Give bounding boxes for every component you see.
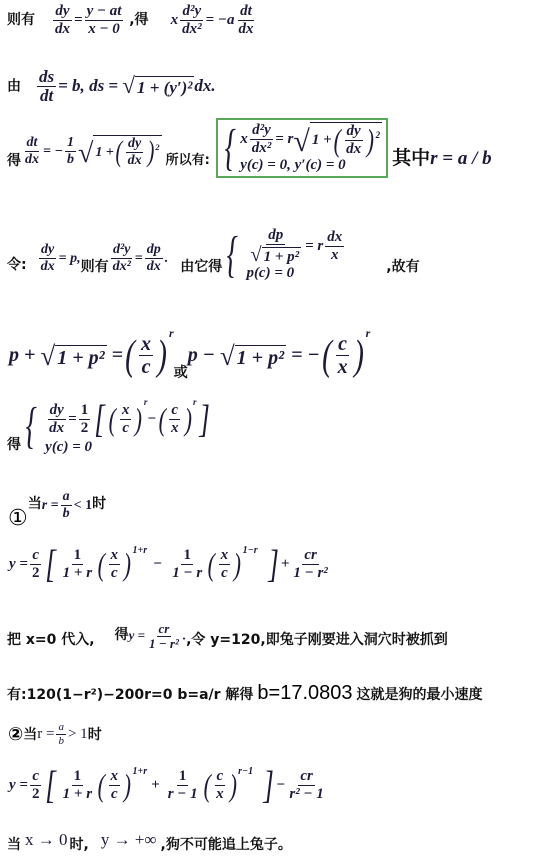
equation-second-derivative: xd²ydx²= −adtdx — [171, 12, 258, 28]
case1-formula: y =c2[11 + r(xc)1+r − 11 − r(xc)1−r]+cr1… — [9, 545, 332, 584]
equation-dy-dx: dydx=y − atx − 0 — [51, 12, 129, 28]
label-hence: ,故有 — [386, 256, 419, 276]
line-conclusion: 当 x → 0 时, y → +∞ ,狗不可能追上兔子。 — [7, 830, 292, 854]
case2-condition: ② 当 r =ab> 1 时 — [8, 722, 102, 747]
equation-ds-dt: dsdt= b, ds = √1 + (y′)²dx. — [35, 76, 216, 95]
text-substitute: 把 x=0 代入, — [7, 629, 95, 649]
label-when: 当 — [7, 834, 21, 854]
label-then-have: 则有 — [81, 256, 109, 276]
label-time: 时 — [92, 493, 106, 513]
label-get: ,得 — [129, 12, 148, 28]
condition-r-gt-1: r =ab> 1 — [37, 722, 87, 747]
label-when: 当 — [28, 493, 42, 513]
label-when: 当 — [23, 724, 37, 744]
case1-condition: ① 当 r =ab< 1 时 — [8, 490, 106, 531]
label-let: 令: — [7, 254, 27, 274]
line-speed: 由 dsdt= b, ds = √1 + (y′)²dx. — [7, 68, 216, 106]
label-then-have: 则有 — [7, 12, 35, 28]
equation-dp-dx: d²ydx²=dpdx. — [109, 243, 169, 274]
system-dy-dx: { dydx=12[(xc)r−(cx)r] y(c) = 0 — [21, 397, 212, 456]
label-from-it: 由它得 — [180, 256, 222, 276]
where-clause: 其中r = a / b — [392, 143, 492, 170]
case2-formula: y =c2[11 + r(xc)1+r + 1r − 1(cx)r−1]−crr… — [9, 766, 328, 805]
boxed-ode-system: { xd²ydx²= r√1 +(dydx)2 y(c) = 0, y′(c) … — [216, 118, 388, 178]
line-result: 有:120(1−r²)−200r=0 b=a/r 解得 b=17.0803 这就… — [7, 682, 483, 705]
label-from: 由 — [7, 79, 21, 95]
circled-number-1: ① — [8, 506, 28, 531]
result-value: b=17.0803 — [257, 682, 352, 705]
line-then-have: 则有 dydx=y − atx − 0 ,得 xd²ydx²= −adtdx — [7, 4, 257, 37]
equation-y-at-x0: 得 y =cr1 − r². — [115, 622, 187, 651]
text-dog-cannot-catch: ,狗不可能追上兔子。 — [161, 834, 292, 854]
label-time: 时 — [88, 724, 102, 744]
line-substitution-p: 令: dydx= p, 则有 d²ydx²=dpdx. 由它得 { dp√1 +… — [7, 228, 420, 282]
line-p-solutions: p + √1 + p² =(xc)r 或 p − √1 + p² = −(cx)… — [9, 322, 370, 382]
circled-number-2: ② — [8, 724, 23, 745]
label-therefore: 所以有: — [166, 149, 210, 168]
math-x-to-zero: x → 0 — [25, 830, 68, 850]
line-substitute-x0: 把 x=0 代入, 得 y =cr1 − r². ,令 y=120,即兔子刚要进… — [7, 622, 448, 651]
label-get: 得 — [7, 434, 21, 454]
label-get: 得 — [7, 150, 21, 170]
text-caught-at-hole: ,令 y=120,即兔子刚要进入洞穴时被抓到 — [186, 629, 448, 649]
label-time: 时, — [70, 834, 89, 854]
text-equation-setup: 有:120(1−r²)−200r=0 b=a/r 解得 — [7, 684, 253, 704]
line-dy-dx-system: 得 { dydx=12[(xc)r−(cx)r] y(c) = 0 — [7, 397, 212, 456]
equation-p-minus: p − √1 + p² = −(cx)r — [188, 326, 371, 378]
line-dt-dx: 得 dtdx= −1b√1 +(dydx)2 所以有: { xd²ydx²= r… — [7, 118, 492, 178]
label-or: 或 — [174, 362, 188, 382]
text-min-speed: 这就是狗的最小速度 — [357, 684, 483, 704]
condition-r-lt-1: r =ab< 1 — [42, 490, 92, 521]
equation-p-def: dydx= p, — [37, 243, 81, 274]
equation-p-plus: p + √1 + p² =(xc)r — [9, 326, 174, 378]
equation-dt-dx: dtdx= −1b√1 +(dydx)2 — [21, 135, 162, 168]
system-p: { dp√1 + p²= rdxx p(c) = 0 — [222, 228, 346, 282]
math-y-to-infinity: y → +∞ — [101, 830, 157, 850]
